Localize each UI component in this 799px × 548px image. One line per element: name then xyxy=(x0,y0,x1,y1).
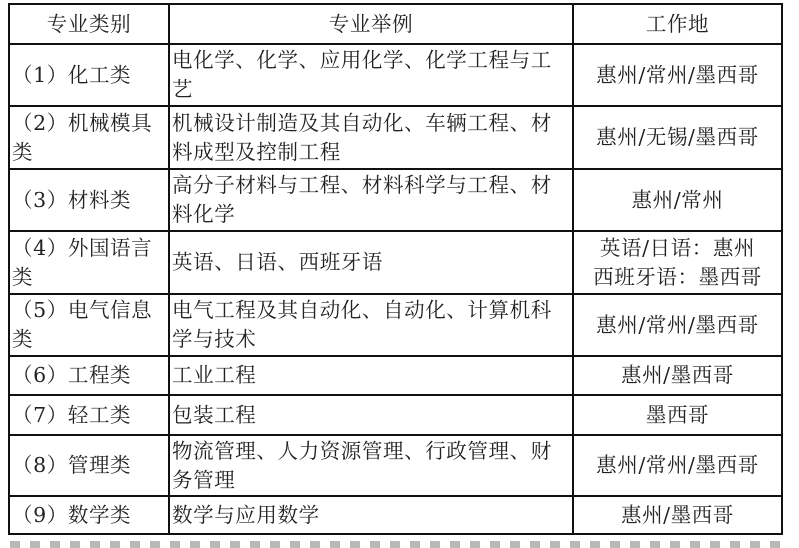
location-cell: 惠州/无锡/墨西哥 xyxy=(573,106,782,169)
examples-cell: 工业工程 xyxy=(169,356,573,395)
table-row: （9）数学类数学与应用数学惠州/墨西哥 xyxy=(9,496,782,534)
examples-cell: 物流管理、人力资源管理、行政管理、财务管理 xyxy=(169,435,573,496)
header-examples: 专业举例 xyxy=(169,4,573,44)
location-cell: 英语/日语：惠州 西班牙语：墨西哥 xyxy=(573,231,782,294)
examples-cell: 包装工程 xyxy=(169,395,573,435)
location-cell: 惠州/常州/墨西哥 xyxy=(573,435,782,496)
category-cell: （7）轻工类 xyxy=(9,395,169,435)
clipped-footnote-text xyxy=(10,541,790,548)
examples-cell: 英语、日语、西班牙语 xyxy=(169,231,573,294)
category-cell: （5）电气信息类 xyxy=(9,294,169,356)
table-row: （6）工程类工业工程惠州/墨西哥 xyxy=(9,356,782,395)
header-category: 专业类别 xyxy=(9,4,169,44)
table-row: （2）机械模具类机械设计制造及其自动化、车辆工程、材料成型及控制工程惠州/无锡/… xyxy=(9,106,782,169)
category-cell: （8）管理类 xyxy=(9,435,169,496)
location-cell: 惠州/常州 xyxy=(573,169,782,231)
table-row: （3）材料类高分子材料与工程、材料科学与工程、材料化学惠州/常州 xyxy=(9,169,782,231)
majors-table: 专业类别 专业举例 工作地 （1）化工类电化学、化学、应用化学、化学工程与工艺惠… xyxy=(8,3,783,535)
examples-cell: 机械设计制造及其自动化、车辆工程、材料成型及控制工程 xyxy=(169,106,573,169)
category-cell: （2）机械模具类 xyxy=(9,106,169,169)
location-cell: 惠州/墨西哥 xyxy=(573,356,782,395)
table-row: （8）管理类物流管理、人力资源管理、行政管理、财务管理惠州/常州/墨西哥 xyxy=(9,435,782,496)
examples-cell: 高分子材料与工程、材料科学与工程、材料化学 xyxy=(169,169,573,231)
category-cell: （3）材料类 xyxy=(9,169,169,231)
location-cell: 惠州/墨西哥 xyxy=(573,496,782,534)
examples-cell: 电气工程及其自动化、自动化、计算机科学与技术 xyxy=(169,294,573,356)
category-cell: （6）工程类 xyxy=(9,356,169,395)
category-cell: （4）外国语言类 xyxy=(9,231,169,294)
location-cell: 惠州/常州/墨西哥 xyxy=(573,294,782,356)
table-row: （1）化工类电化学、化学、应用化学、化学工程与工艺惠州/常州/墨西哥 xyxy=(9,44,782,106)
table-row: （4）外国语言类英语、日语、西班牙语英语/日语：惠州 西班牙语：墨西哥 xyxy=(9,231,782,294)
table-header-row: 专业类别 专业举例 工作地 xyxy=(9,4,782,44)
category-cell: （1）化工类 xyxy=(9,44,169,106)
table-row: （5）电气信息类电气工程及其自动化、自动化、计算机科学与技术惠州/常州/墨西哥 xyxy=(9,294,782,356)
table-row: （7）轻工类包装工程墨西哥 xyxy=(9,395,782,435)
location-cell: 惠州/常州/墨西哥 xyxy=(573,44,782,106)
examples-cell: 电化学、化学、应用化学、化学工程与工艺 xyxy=(169,44,573,106)
location-cell: 墨西哥 xyxy=(573,395,782,435)
category-cell: （9）数学类 xyxy=(9,496,169,534)
header-location: 工作地 xyxy=(573,4,782,44)
examples-cell: 数学与应用数学 xyxy=(169,496,573,534)
